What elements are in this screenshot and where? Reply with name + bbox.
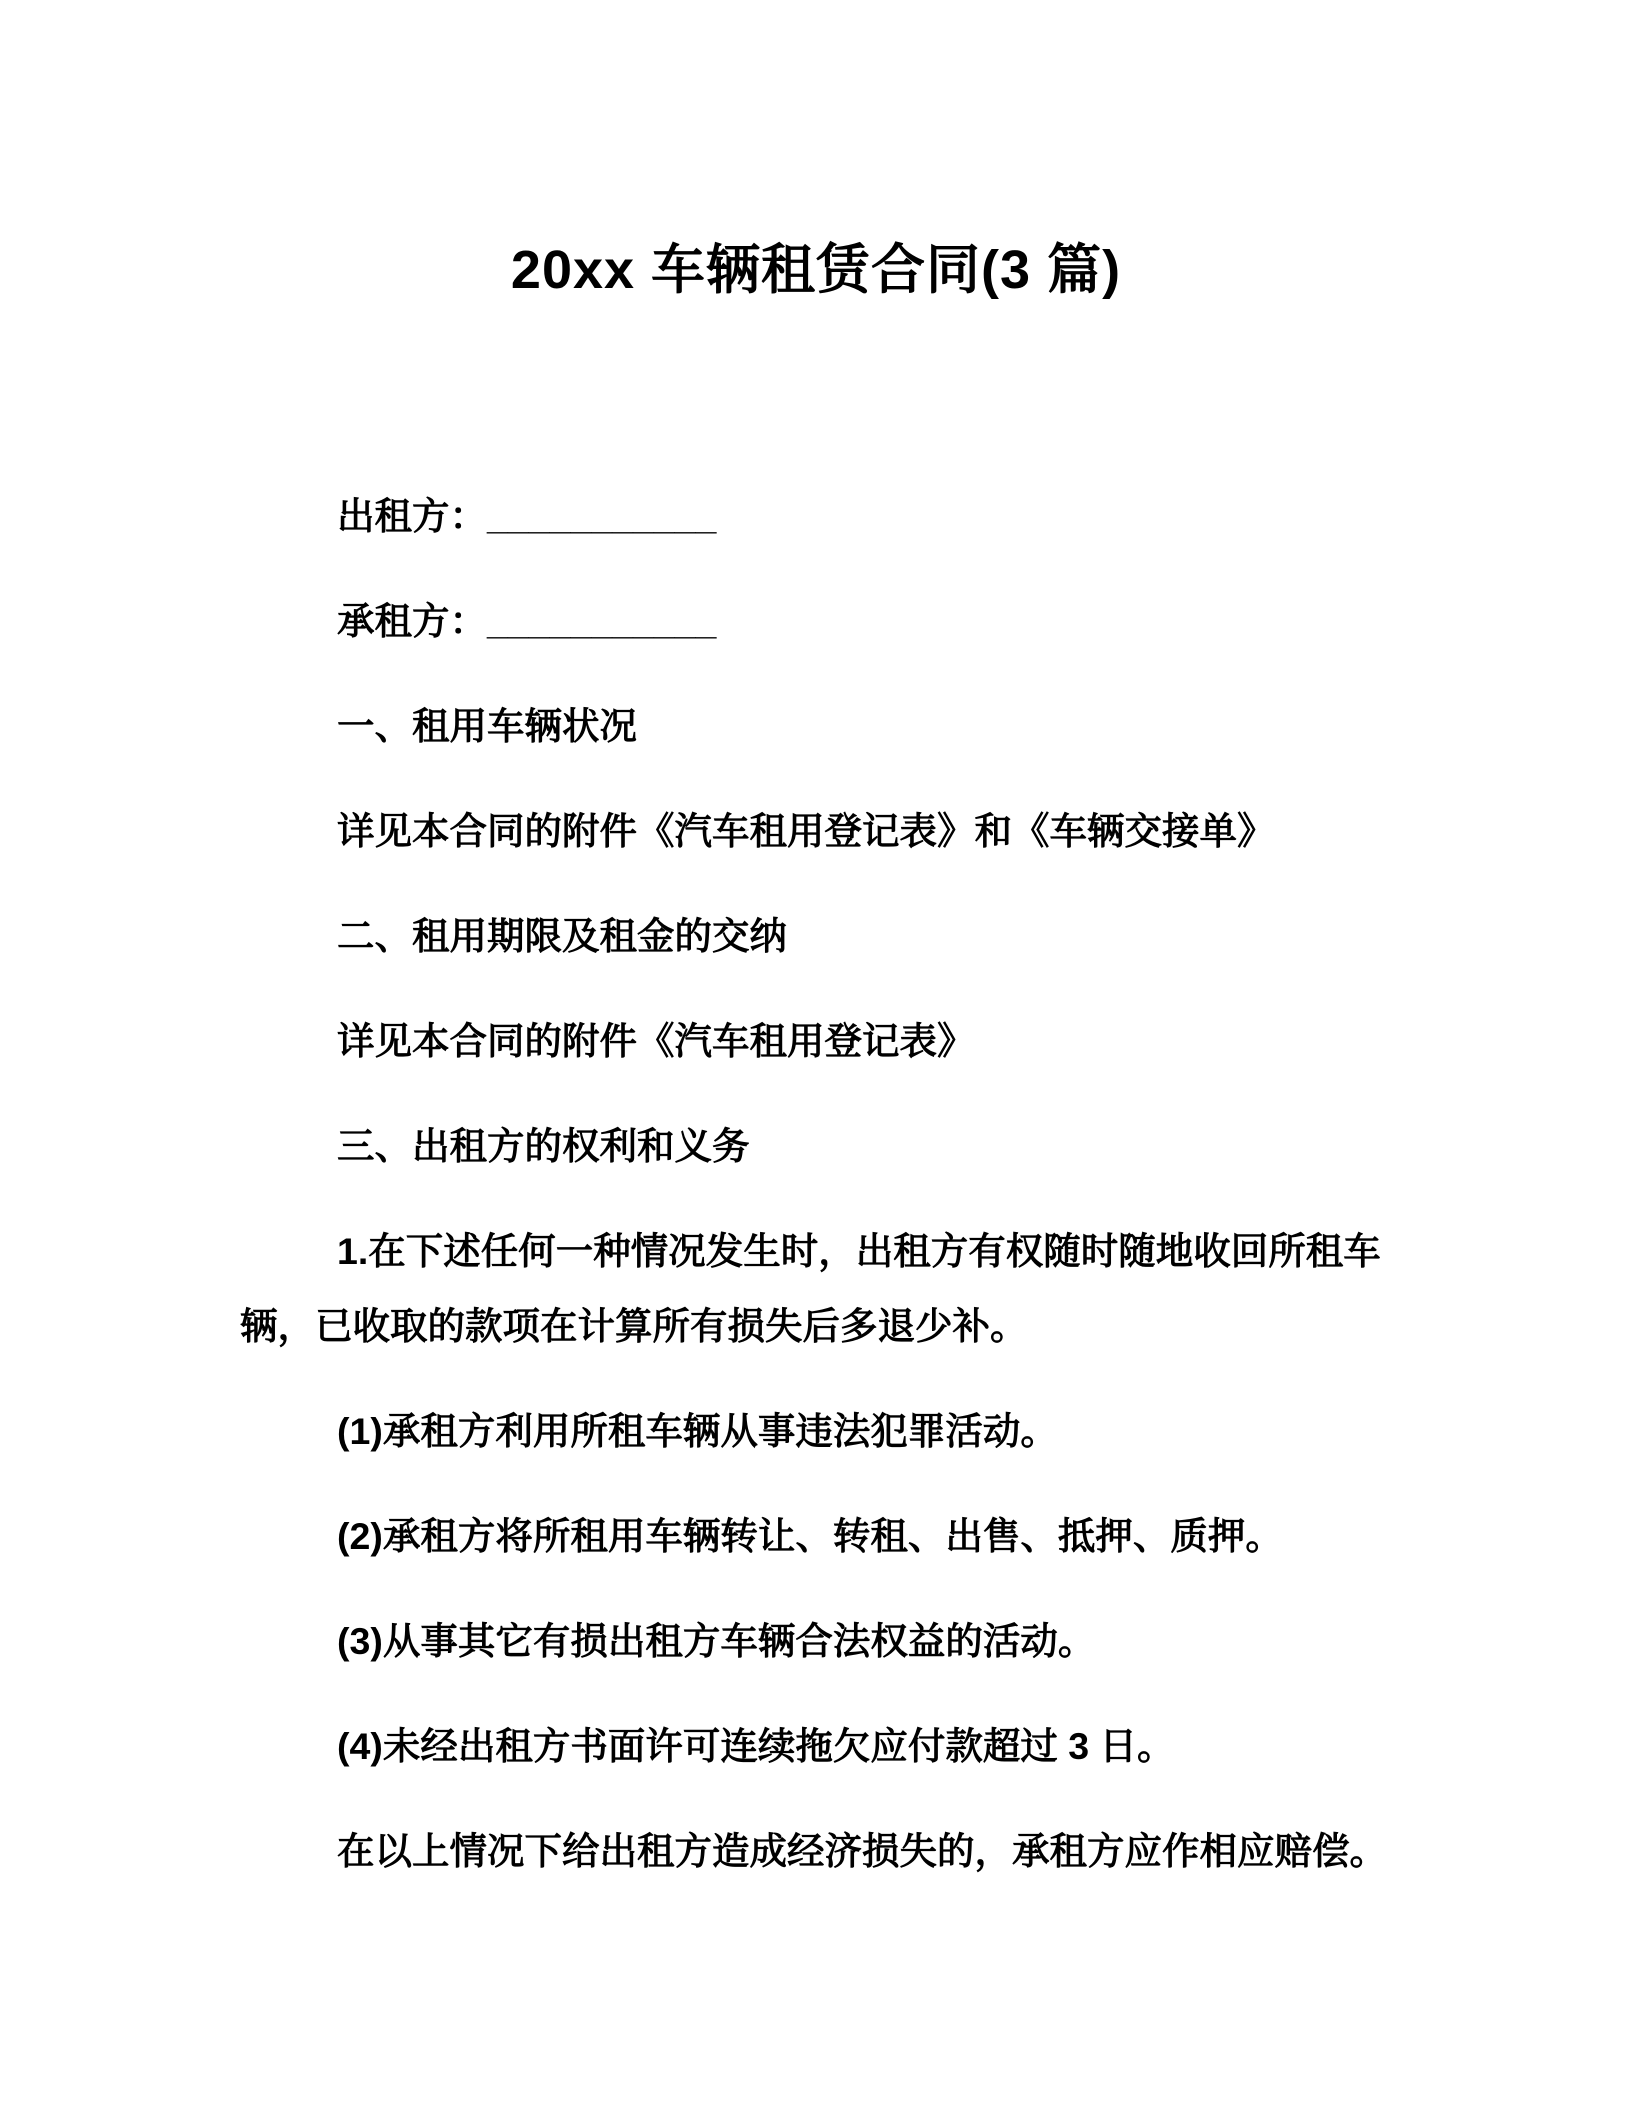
section-three-heading: 三、出租方的权利和义务 [240,1109,1392,1184]
lessee-line: 承租方：___________ [240,584,1392,659]
clause-1-paragraph: 1.在下述任何一种情况发生时，出租方有权随时随地收回所租车辆，已收取的款项在计算… [240,1214,1392,1364]
document-page: 20xx 车辆租赁合同(3 篇) 出租方：___________ 承租方：___… [0,0,1632,2112]
clause-1-item-1: (1)承租方利用所租车辆从事违法犯罪活动。 [240,1394,1392,1469]
document-body: 出租方：___________ 承租方：___________ 一、租用车辆状况… [240,479,1392,1889]
section-two-heading: 二、租用期限及租金的交纳 [240,899,1392,974]
compensation-note: 在以上情况下给出租方造成经济损失的，承租方应作相应赔偿。 [240,1814,1392,1889]
clause-1-item-4: (4)未经出租方书面许可连续拖欠应付款超过 3 日。 [240,1709,1392,1784]
clause-1-item-2: (2)承租方将所租用车辆转让、转租、出售、抵押、质押。 [240,1499,1392,1574]
clause-1-item-3: (3)从事其它有损出租方车辆合法权益的活动。 [240,1604,1392,1679]
section-two-detail: 详见本合同的附件《汽车租用登记表》 [240,1004,1392,1079]
section-one-heading: 一、租用车辆状况 [240,689,1392,764]
lessor-line: 出租方：___________ [240,479,1392,554]
document-title: 20xx 车辆租赁合同(3 篇) [0,0,1632,309]
section-one-detail: 详见本合同的附件《汽车租用登记表》和《车辆交接单》 [240,794,1392,869]
